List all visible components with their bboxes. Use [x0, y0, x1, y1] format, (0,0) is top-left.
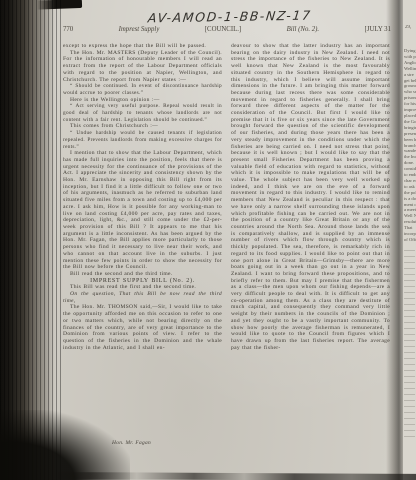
paragraph: I mention that to show that the Labour D…: [63, 150, 222, 271]
paragraph: except to express the hope that the Bill…: [63, 43, 222, 50]
fragment-line: Anglican: [404, 60, 416, 66]
quoted-extract: “ Undue hardship would be caused tenants…: [63, 130, 222, 150]
running-title-right: Bill (No. 2).: [287, 26, 319, 33]
fragment-line: of Offen: [404, 237, 416, 243]
procedural-question-line: On the question, That this Bill be now r…: [63, 291, 222, 304]
paragraph: The Hon. Mr. MASTERS (Deputy Leader of t…: [63, 50, 222, 84]
scan-bottom-edge-shadow: [58, 472, 416, 480]
fragment-line: the Gov-: [404, 119, 416, 125]
fragment-line: present: [404, 131, 416, 137]
fragment-line: to ask: [404, 184, 416, 190]
chamber-label: [COUNCIL.]: [205, 26, 241, 33]
scanned-hansard-page: AV-AMOD-1-BB-NZ-17 770 Imprest Supply [C…: [0, 0, 416, 480]
paragraph: This Bill was read the first and the sec…: [63, 284, 222, 291]
fragment-line: with pr: [404, 54, 416, 60]
handwritten-archival-annotation: AV-AMOD-1-BB-NZ-17: [147, 8, 312, 26]
quoted-extract: “ Act serving very useful purpose. Repea…: [63, 103, 222, 123]
paragraph: deavour to show that the latter industry…: [231, 43, 390, 351]
fragment-line: Welling-: [404, 66, 416, 72]
adjacent-page-number: 29,: [405, 25, 411, 30]
fragment-line: char exp: [404, 178, 416, 184]
page-crease-shadow: [386, 0, 404, 480]
page-number: 770: [63, 26, 73, 33]
right-text-column: deavour to show that the latter industry…: [231, 43, 390, 351]
fragment-line: is a doc: [404, 196, 416, 202]
procedural-line: Bill read the second and the third time.: [63, 271, 222, 278]
quoted-extract: “ Should be continued. In event of disco…: [63, 83, 222, 96]
fragment-line: bringing: [404, 125, 416, 131]
adjacent-page-illegible-texture: [404, 250, 415, 440]
fragment-line: placed: [404, 113, 416, 119]
book-binding-gutter: [0, 0, 64, 480]
running-title-left: Imprest Supply: [119, 26, 160, 33]
binding-corner-shadow: [0, 410, 130, 480]
fragment-line: the polic: [404, 190, 416, 196]
paragraph: The Hon. Mr. THOMSON said,—Sir, I would …: [63, 304, 222, 351]
fragment-line: been he: [404, 137, 416, 143]
adjacent-page-text-fragments: Dyingwith prAnglicanWelling-a streget be…: [404, 48, 416, 244]
running-header: 770 Imprest Supply [COUNCIL.] Bill (No. …: [63, 26, 391, 33]
left-text-column: except to express the hope that the Bill…: [63, 43, 222, 351]
